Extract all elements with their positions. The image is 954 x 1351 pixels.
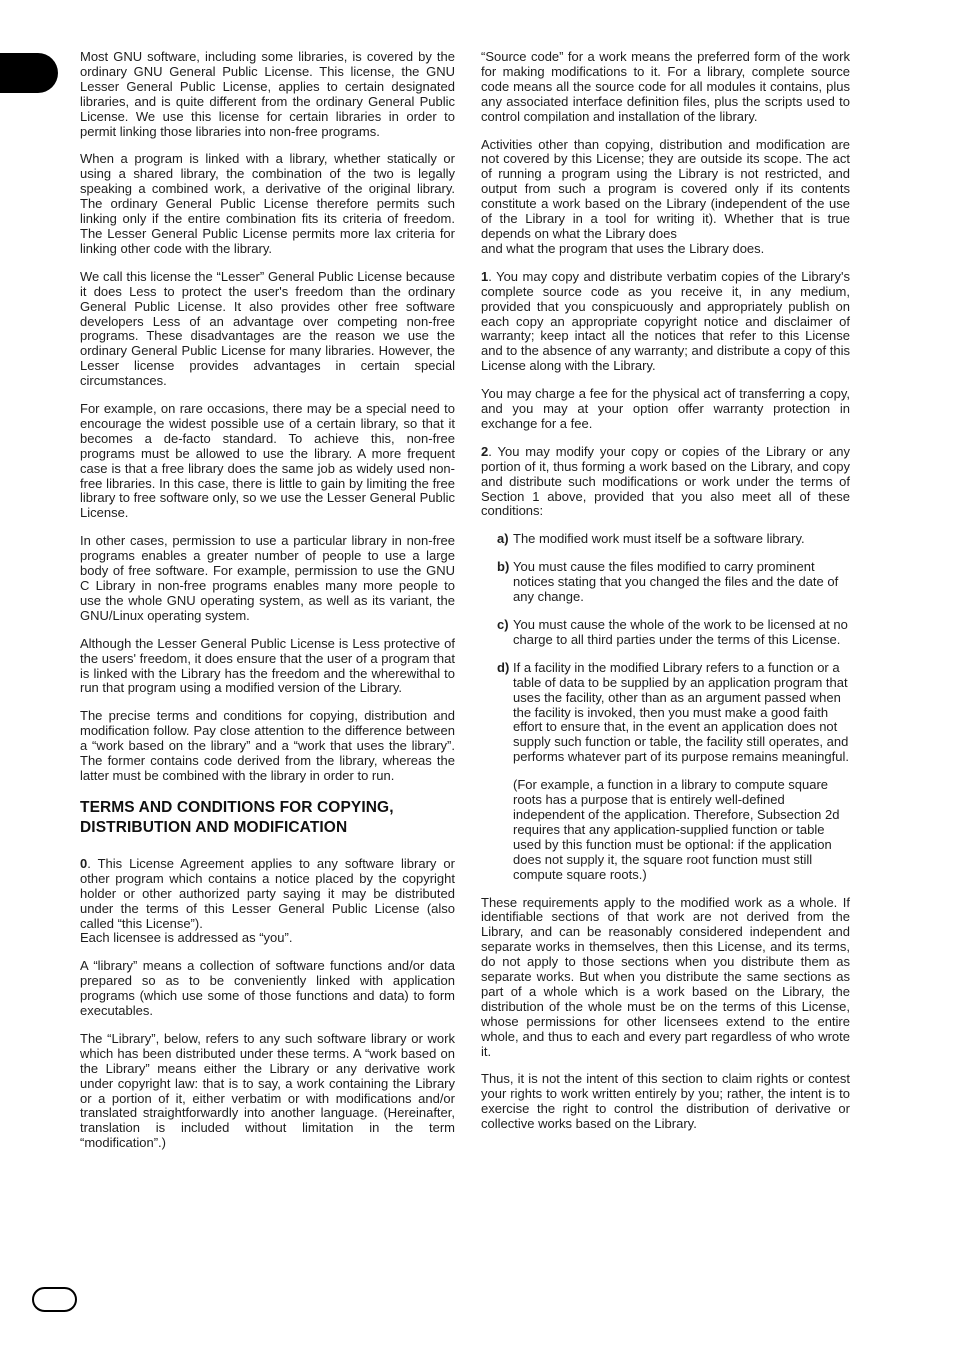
list-item: d) If a facility in the modified Library…: [481, 661, 850, 765]
license-paragraph: Thus, it is not the intent of this secti…: [481, 1072, 850, 1132]
intro-paragraph: For example, on rare occasions, there ma…: [80, 402, 455, 521]
license-paragraph: 1. You may copy and distribute verbatim …: [481, 270, 850, 374]
list-item: b) You must cause the files modified to …: [481, 560, 850, 605]
item-marker: a): [497, 532, 513, 547]
clause-text-continued: Each licensee is addressed as “you”.: [80, 930, 292, 945]
intro-paragraph: The precise terms and conditions for cop…: [80, 709, 455, 784]
intro-paragraph: When a program is linked with a library,…: [80, 152, 455, 256]
license-column-left: Most GNU software, including some librar…: [80, 50, 455, 1164]
intro-paragraph: In other cases, permission to use a part…: [80, 534, 455, 623]
terms-paragraph: A “library” means a collection of softwa…: [80, 959, 455, 1019]
list-item: a) The modified work must itself be a so…: [481, 532, 850, 547]
license-paragraph: “Source code” for a work means the prefe…: [481, 50, 850, 125]
item-text: You must cause the whole of the work to …: [513, 618, 850, 648]
intro-paragraph: We call this license the “Lesser” Genera…: [80, 270, 455, 389]
paragraph-text-continued: and what the program that uses the Libra…: [481, 241, 764, 256]
item-marker: c): [497, 618, 513, 648]
item-text: The modified work must itself be a softw…: [513, 532, 850, 547]
intro-paragraph: Although the Lesser General Public Licen…: [80, 637, 455, 697]
section-tab-marker: [0, 53, 58, 93]
item-text: You must cause the files modified to car…: [513, 560, 850, 605]
terms-heading: TERMS AND CONDITIONS FOR COPYING, DISTRI…: [80, 798, 455, 838]
page-number-placeholder: [32, 1287, 77, 1312]
paragraph-text: Activities other than copying, distribut…: [481, 137, 850, 241]
license-paragraph: You may charge a fee for the physical ac…: [481, 387, 850, 432]
document-page: Most GNU software, including some librar…: [0, 0, 954, 1351]
example-note: (For example, a function in a library to…: [513, 778, 850, 882]
clause-text: . You may modify your copy or copies of …: [481, 444, 850, 519]
license-paragraph: These requirements apply to the modified…: [481, 896, 850, 1060]
conditions-list: a) The modified work must itself be a so…: [481, 532, 850, 765]
clause-text: . You may copy and distribute verbatim c…: [481, 269, 850, 373]
item-marker: d): [497, 661, 513, 765]
license-paragraph: Activities other than copying, distribut…: [481, 138, 850, 257]
license-paragraph: 2. You may modify your copy or copies of…: [481, 445, 850, 520]
list-item: c) You must cause the whole of the work …: [481, 618, 850, 648]
terms-paragraph: 0. This License Agreement applies to any…: [80, 857, 455, 946]
item-text: If a facility in the modified Library re…: [513, 661, 850, 765]
clause-text: . This License Agreement applies to any …: [80, 856, 455, 931]
intro-paragraph: Most GNU software, including some librar…: [80, 50, 455, 139]
license-column-right: “Source code” for a work means the prefe…: [481, 50, 850, 1145]
terms-paragraph: The “Library”, below, refers to any such…: [80, 1032, 455, 1151]
item-marker: b): [497, 560, 513, 605]
